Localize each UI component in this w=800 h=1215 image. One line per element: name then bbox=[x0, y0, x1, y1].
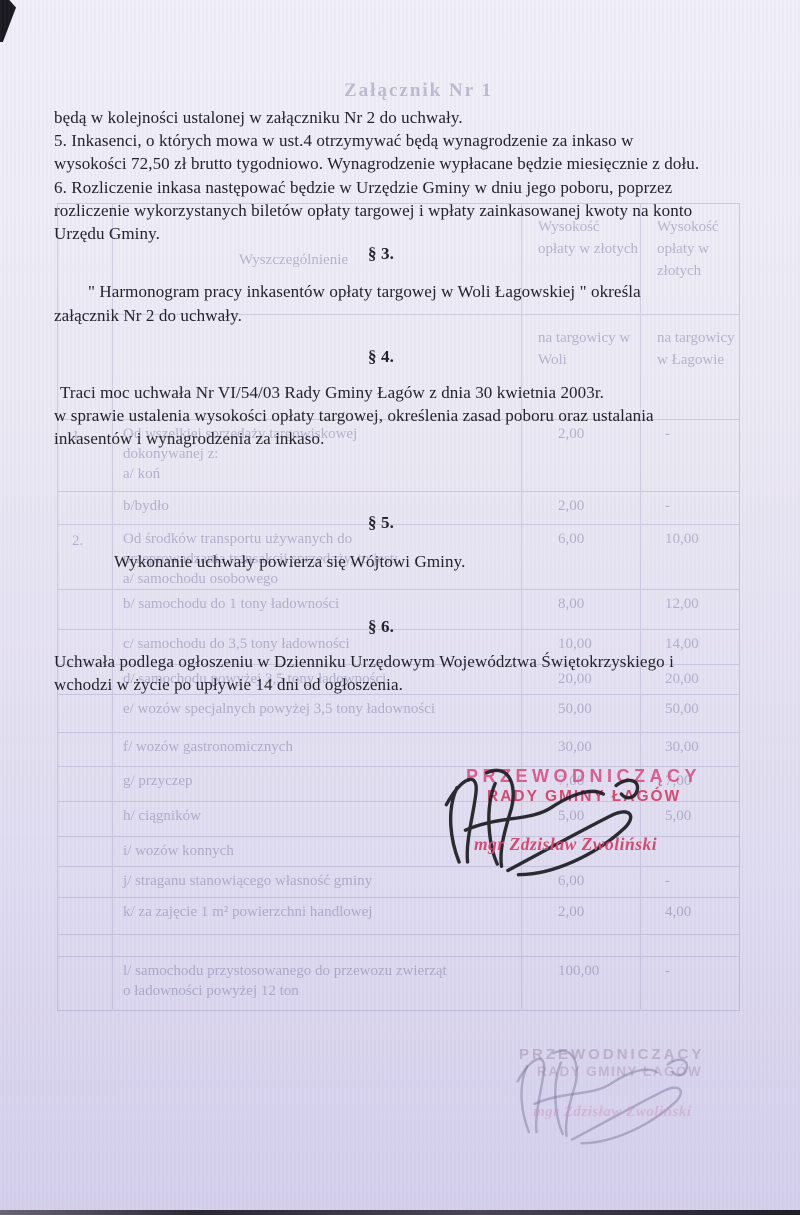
scan-artifact-top-left bbox=[0, 0, 16, 42]
ghost-cell-value: - bbox=[640, 957, 739, 1009]
ghost-cell-value: 50,00 bbox=[521, 695, 640, 732]
ghost-cell-num bbox=[58, 837, 112, 866]
doc-line: wchodzi w życie po upływie 14 dni od ogł… bbox=[54, 673, 708, 696]
ghost-table-row: k/ za zajęcie 1 m² powierzchni handlowej… bbox=[58, 897, 739, 934]
ghost-stamp-signer-name: mgr Zdzisław Zwoliński bbox=[533, 1104, 692, 1121]
section-paragraph: Traci moc uchwała Nr VI/54/03 Rady Gminy… bbox=[54, 381, 708, 451]
doc-line: inkasentów i wynagrodzenia za inkaso. bbox=[54, 427, 708, 450]
doc-line: będą w kolejności ustalonej w załączniku… bbox=[54, 106, 708, 129]
ghost-table-row: e/ wozów specjalnych powyżej 3,5 tony ła… bbox=[58, 694, 739, 732]
document-body: będą w kolejności ustalonej w załączniku… bbox=[54, 106, 708, 697]
doc-line: Uchwała podlega ogłoszeniu w Dzienniku U… bbox=[54, 650, 708, 673]
ghost-cell-value: 100,00 bbox=[521, 957, 640, 1009]
signature-ink bbox=[432, 758, 658, 880]
ghost-cell-value bbox=[640, 935, 739, 956]
doc-line: " Harmonogram pracy inkasentów opłaty ta… bbox=[54, 280, 708, 303]
ghost-cell-num bbox=[58, 957, 112, 1009]
doc-line: 6. Rozliczenie inkasa następować będzie … bbox=[54, 176, 708, 199]
ghost-desc-line: f/ wozów gastronomicznych bbox=[123, 737, 515, 757]
doc-line: wysokości 72,50 zł brutto tygodniowo. Wy… bbox=[54, 152, 708, 175]
chairman-stamp: PRZEWODNICZĄCY RADY GMINY ŁAGÓW mgr Zdzi… bbox=[430, 762, 710, 882]
doc-line: załącznik Nr 2 do uchwały. bbox=[54, 304, 708, 327]
doc-line: Traci moc uchwała Nr VI/54/03 Rady Gminy… bbox=[54, 381, 708, 404]
doc-line: rozliczenie wykorzystanych biletów opłat… bbox=[54, 199, 708, 222]
ghost-desc-line: k/ za zajęcie 1 m² powierzchni handlowej bbox=[123, 902, 515, 922]
sections-block: § 3." Harmonogram pracy inkasentów opłat… bbox=[54, 242, 708, 696]
ghost-cell-desc: l/ samochodu przystosowanego do przewozu… bbox=[112, 957, 521, 1009]
ghost-cell-desc: k/ za zajęcie 1 m² powierzchni handlowej bbox=[112, 898, 521, 934]
ghost-cell-num bbox=[58, 802, 112, 836]
ghost-cell-num bbox=[58, 935, 112, 956]
ghost-cell-num bbox=[58, 695, 112, 732]
section-heading: § 3. bbox=[54, 242, 708, 265]
ghost-cell-num bbox=[58, 898, 112, 934]
section-paragraph: Wykonanie uchwały powierza się Wójtowi G… bbox=[54, 550, 708, 573]
doc-line: Wykonanie uchwały powierza się Wójtowi G… bbox=[54, 550, 708, 573]
section-paragraph: Uchwała podlega ogłoszeniu w Dzienniku U… bbox=[54, 650, 708, 696]
section-heading: § 6. bbox=[54, 615, 708, 638]
ghost-cell-desc bbox=[112, 935, 521, 956]
scanned-page: Załącznik Nr 1 WyszczególnienieWysokość … bbox=[0, 0, 800, 1215]
stamp-signer-name: mgr Zdzisław Zwoliński bbox=[474, 834, 657, 855]
ghost-table-row bbox=[58, 934, 739, 956]
scan-edge-bottom bbox=[0, 1210, 800, 1215]
ghost-desc-line: l/ samochodu przystosowanego do przewozu… bbox=[123, 961, 515, 981]
section-heading: § 5. bbox=[54, 511, 708, 534]
ghost-cell-num bbox=[58, 733, 112, 766]
ghost-cell-value: 50,00 bbox=[640, 695, 739, 732]
ghost-signature-ink bbox=[505, 1040, 705, 1148]
ghost-cell-value: 4,00 bbox=[640, 898, 739, 934]
section-paragraph: " Harmonogram pracy inkasentów opłaty ta… bbox=[54, 280, 708, 326]
ghost-attachment-label: Załącznik Nr 1 bbox=[344, 80, 493, 102]
ghost-cell-num bbox=[58, 867, 112, 897]
intro-block: będą w kolejności ustalonej w załączniku… bbox=[54, 106, 708, 245]
ghost-desc-line: o ładowności powyżej 12 ton bbox=[123, 981, 515, 1001]
ghost-cell-desc: e/ wozów specjalnych powyżej 3,5 tony ła… bbox=[112, 695, 521, 732]
ghost-desc-line: e/ wozów specjalnych powyżej 3,5 tony ła… bbox=[123, 699, 515, 719]
doc-line: w sprawie ustalenia wysokości opłaty tar… bbox=[54, 404, 708, 427]
ghost-cell-value: 2,00 bbox=[521, 898, 640, 934]
section-heading: § 4. bbox=[54, 345, 708, 368]
ghost-cell-value bbox=[521, 935, 640, 956]
ghost-stamp: PRZEWODNICZĄCY RADY GMINY ŁAGÓW mgr Zdzi… bbox=[505, 1042, 745, 1152]
ghost-cell-num bbox=[58, 767, 112, 801]
doc-line: 5. Inkasenci, o których mowa w ust.4 otr… bbox=[54, 129, 708, 152]
ghost-table-row: l/ samochodu przystosowanego do przewozu… bbox=[58, 956, 739, 1009]
